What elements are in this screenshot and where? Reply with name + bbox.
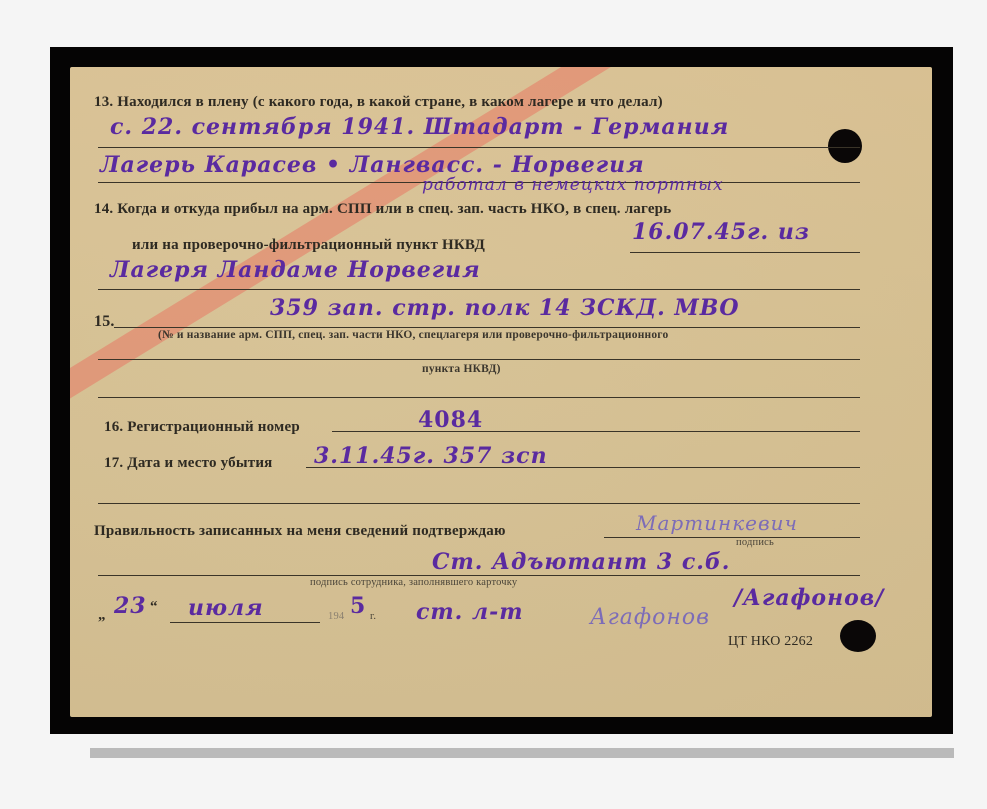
field-14-handwritten-2: Лагеря Ландаме Норвегия [110,257,481,283]
officer-rank: ст. л-т [416,599,524,625]
officer-name-bracketed: /Агафонов/ [734,585,884,611]
scan-frame: 13. Находился в плену (с какого года, в … [50,47,953,734]
field-15-handwritten: 359 зап. стр. полк 14 ЗСКД. МВО [270,295,740,321]
date-year-suffix: г. [370,611,376,622]
field-14-arrival-date: 16.07.45г. из [632,219,810,245]
date-close-quote: “ [150,599,158,616]
field-14-label-2: или на проверочно-фильтрационный пункт Н… [132,237,485,254]
punch-hole-bottom [840,620,876,652]
date-month: июля [188,595,264,621]
date-day: 23 [114,593,147,619]
date-year-digit: 5 [350,593,366,619]
field-13-handwritten-3: работал в немецких портных [422,175,724,195]
field-13-handwritten-1: с. 22. сентября 1941. Штадарт - Германия [110,114,729,140]
field-17-label: 17. Дата и место убытия [104,455,273,472]
field-16-label: 16. Регистрационный номер [104,419,300,436]
horizontal-scrollbar[interactable] [90,748,954,758]
field-13-label: 13. Находился в плену (с какого года, в … [94,94,663,111]
confirmation-signature: Мартинкевич [636,511,798,535]
date-year-printed: 194 [328,611,344,622]
officer-signature: Агафонов [590,605,710,630]
field-15-caption: (№ и название арм. СПП, спец. зап. части… [158,329,668,341]
date-open-quote: „ [98,607,106,624]
officer-caption: подпись сотрудника, заполнявшего карточк… [310,577,517,588]
officer-title: Ст. Адъютант 3 с.б. [432,549,730,575]
field-14-label: 14. Когда и откуда прибыл на арм. СПП ил… [94,201,671,218]
confirmation-label: Правильность записанных на меня сведений… [94,523,506,540]
field-17-departure: 3.11.45г. 357 зсп [314,443,548,469]
registration-card: 13. Находился в плену (с какого года, в … [70,67,932,717]
field-15-caption-2: пункта НКВД) [422,363,501,375]
field-15-number: 15. [94,313,115,331]
signature-caption: подпись [736,537,774,548]
punch-hole-top [828,129,862,163]
footer-print-code: ЦТ НКО 2262 [728,634,813,650]
field-16-registration-number: 4084 [418,407,483,433]
